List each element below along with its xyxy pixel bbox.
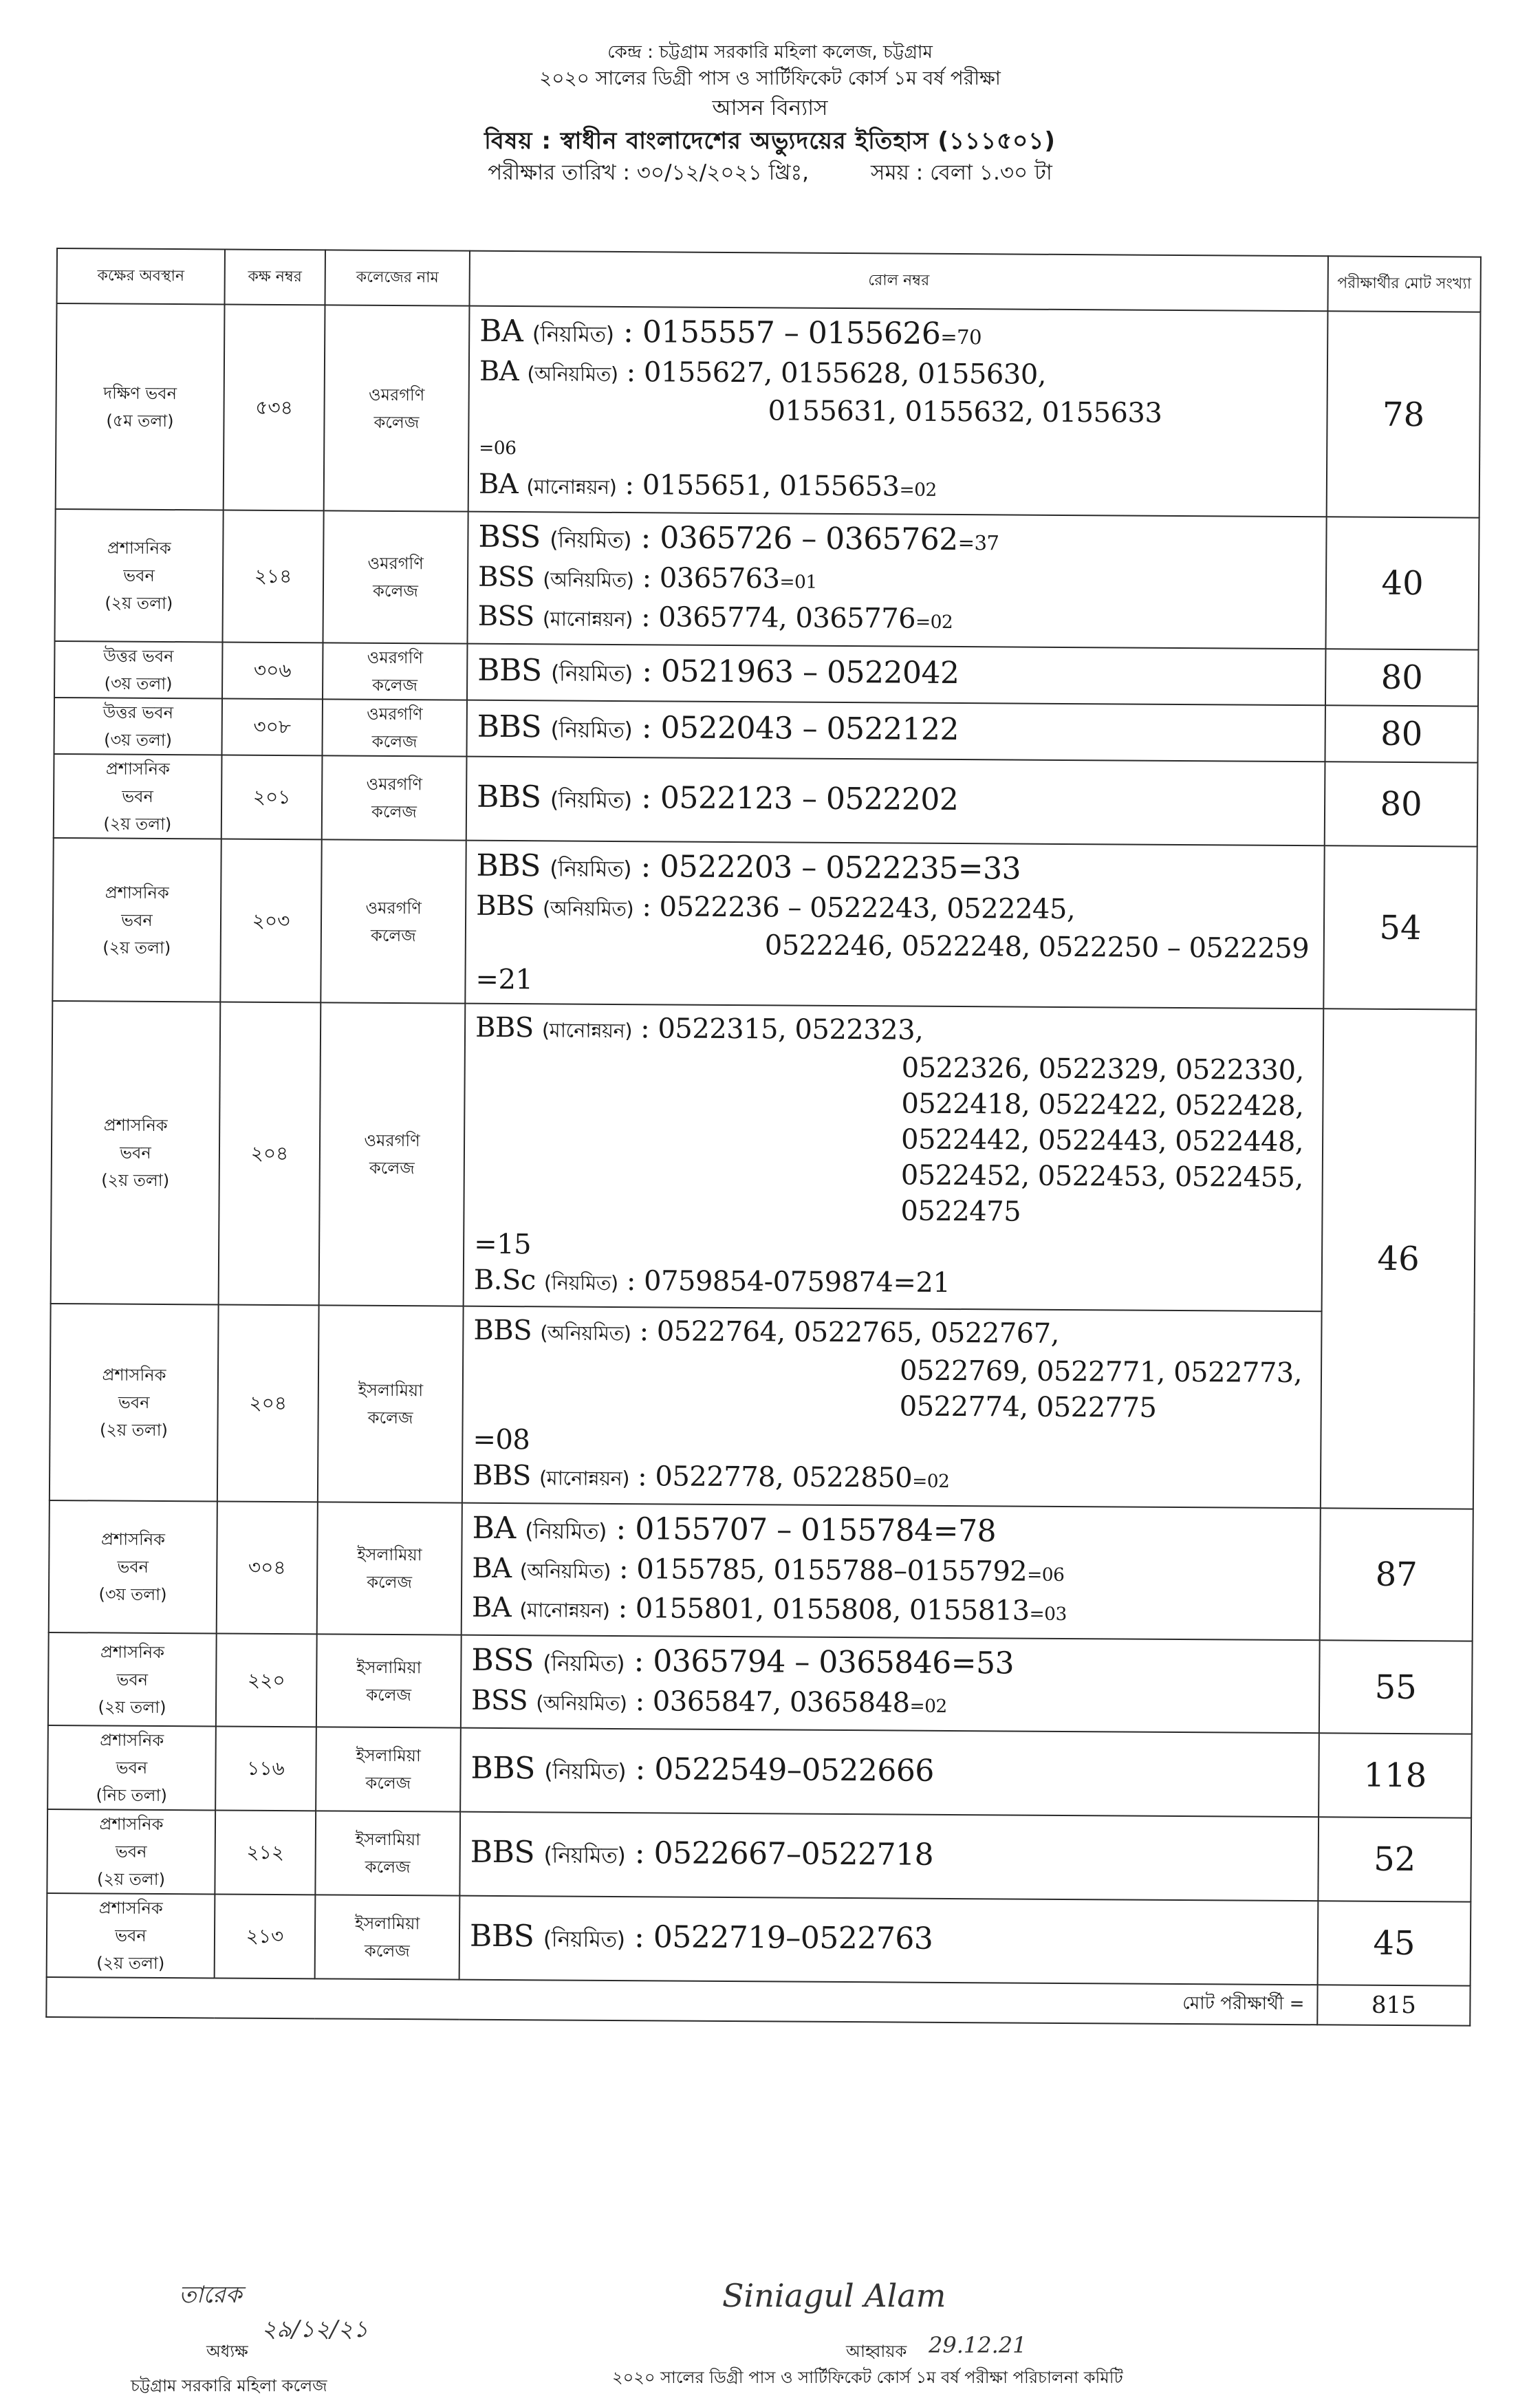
cell-line: ইসলামিয়া: [318, 1540, 461, 1568]
seat-plan-table: কক্ষের অবস্থান কক্ষ নম্বর কলেজের নাম রোল…: [45, 248, 1482, 2027]
student-category: (নিয়মিত): [532, 322, 614, 347]
student-category: (নিয়মিত): [543, 1843, 625, 1868]
roll-entry: BBS (মানোন্নয়ন) : 0522315, 0522323,0522…: [474, 1010, 1316, 1267]
room-location: উত্তর ভবন(৩য় তলা): [54, 698, 222, 755]
cell-line: প্রশাসনিক: [50, 1525, 216, 1553]
roll-numbers: BSS (নিয়মিত) : 0365726 – 0365762=37BSS …: [467, 512, 1326, 649]
cell-line: (নিচ তলা): [48, 1781, 215, 1809]
table-row: প্রশাসনিকভবন(২য় তলা)২২০ইসলামিয়াকলেজBSS…: [48, 1632, 1473, 1734]
roll-numbers: BBS (নিয়মিত) : 0521963 – 0522042: [467, 644, 1325, 706]
candidate-total: 87: [1320, 1508, 1473, 1641]
roll-range: 0155627, 0155628, 0155630,: [644, 356, 1046, 391]
program-code: BSS: [471, 1643, 534, 1679]
cell-line: কলেজ: [318, 1568, 461, 1596]
college-name: ওমরগণিকলেজ: [321, 839, 466, 1003]
roll-numbers: BBS (অনিয়মিত) : 0522764, 0522765, 05227…: [462, 1306, 1322, 1509]
college-name: ওমরগণিকলেজ: [322, 699, 466, 756]
candidate-total: 118: [1319, 1733, 1472, 1818]
convener-signature: Siniagul Alam: [722, 2277, 946, 2314]
roll-range: 0155557 – 0155626: [642, 314, 941, 352]
entry-count: =37: [958, 531, 999, 554]
student-category: (নিয়মিত): [550, 856, 631, 882]
document-title: আসন বিন্যাস: [0, 92, 1540, 124]
convener-sign-date: 29.12.21: [929, 2332, 1027, 2358]
roll-range: 0522764, 0522765, 0522767,: [657, 1315, 1059, 1350]
entry-count: =06: [1027, 1564, 1064, 1586]
room-location: প্রশাসনিকভবন(২য় তলা): [48, 1632, 217, 1726]
room-number: ২০৪: [217, 1304, 319, 1502]
roll-entry: BBS (অনিয়মিত) : 0522236 – 0522243, 0522…: [475, 888, 1316, 1002]
roll-numbers: BBS (নিয়মিত) : 0522123 – 0522202: [466, 757, 1325, 846]
candidate-total: 80: [1325, 762, 1478, 846]
cell-line: ওমরগণি: [323, 700, 466, 728]
student-category: (নিয়মিত): [550, 718, 632, 743]
entry-count: =70: [940, 325, 982, 349]
table-row: প্রশাসনিকভবন(২য় তলা)২০১ওমরগণিকলেজBBS (ন…: [54, 754, 1478, 847]
cell-line: (২য় তলা): [54, 933, 220, 961]
cell-line: কলেজ: [316, 1937, 459, 1965]
entry-count: =21: [475, 964, 532, 996]
exam-name: ২০২০ সালের ডিগ্রী পাস ও সার্টিফিকেট কোর্…: [0, 65, 1540, 92]
roll-range: 0759854-0759874: [644, 1265, 893, 1298]
roll-entry: BBS (মানোন্নয়ন) : 0522778, 0522850=02: [473, 1458, 1313, 1502]
program-code: BBS: [470, 1919, 534, 1954]
cell-line: ইসলামিয়া: [319, 1376, 462, 1404]
roll-range: 0522769, 0522771, 0522773,: [473, 1350, 1314, 1391]
cell-line: প্রশাসনিক: [54, 755, 221, 783]
student-category: (মানোন্নয়ন): [519, 1598, 609, 1622]
cell-line: (২য় তলা): [49, 1692, 215, 1721]
entry-count: =03: [1030, 1604, 1067, 1625]
grand-total-value: 815: [1317, 1985, 1470, 2025]
cell-line: কলেজ: [325, 408, 468, 436]
roll-range: 0521963 – 0522042: [661, 654, 959, 691]
program-code: BBS: [473, 1315, 532, 1347]
cell-line: ওমরগণি: [322, 894, 465, 922]
cell-line: (২য় তলা): [54, 810, 221, 838]
grand-total-label: মোট পরীক্ষার্থী =: [46, 1977, 1317, 2025]
candidate-total: 80: [1325, 705, 1477, 762]
entry-count: =02: [915, 612, 953, 633]
cell-line: দক্ষিণ ভবন: [57, 379, 224, 407]
grand-total-row: মোট পরীক্ষার্থী = 815: [46, 1977, 1470, 2026]
candidate-total: 54: [1323, 845, 1477, 1009]
entry-count: =21: [893, 1266, 950, 1299]
roll-range: 0522778, 0522850: [655, 1460, 912, 1493]
student-category: (অনিয়মিত): [540, 1321, 631, 1345]
cell-line: ভবন: [49, 1665, 215, 1693]
room-number: ২০৪: [219, 1002, 321, 1305]
roll-entry: BBS (নিয়মিত) : 0522123 – 0522202: [477, 778, 1317, 824]
student-category: (মানোন্নয়ন): [542, 1018, 632, 1042]
entry-count: =02: [912, 1471, 949, 1492]
cell-line: (৫ম তলা): [56, 407, 223, 435]
program-code: BA: [472, 1511, 515, 1546]
roll-entry: BSS (অনিয়মিত) : 0365847, 0365848=02: [471, 1683, 1312, 1727]
room-location: প্রশাসনিকভবন(২য় তলা): [55, 509, 224, 642]
student-category: (অনিয়মিত): [527, 362, 618, 386]
cell-line: (২য় তলা): [56, 589, 222, 617]
student-category: (নিয়মিত): [544, 1759, 626, 1784]
room-location: প্রশাসনিকভবন(২য় তলা): [54, 754, 222, 839]
program-code: BSS: [478, 601, 534, 633]
cell-line: ভবন: [56, 561, 222, 590]
subject: বিষয় : স্বাধীন বাংলাদেশের অভ্যুদয়ের ইত…: [0, 124, 1540, 158]
room-location: প্রশাসনিকভবন(২য় তলা): [50, 1304, 219, 1501]
cell-line: ওমরগণি: [323, 643, 466, 671]
room-number: ২১২: [215, 1810, 316, 1895]
convener-title: আহ্বায়ক: [846, 2339, 907, 2366]
candidate-total: 46: [1321, 1009, 1476, 1509]
cell-line: ভবন: [48, 1754, 215, 1782]
roll-entry: BBS (অনিয়মিত) : 0522764, 0522765, 05227…: [473, 1313, 1314, 1463]
roll-entry: B.Sc (নিয়মিত) : 0759854-0759874=21: [474, 1262, 1314, 1305]
college-name: ওমরগণিকলেজ: [322, 755, 467, 840]
roll-entry: BA (মানোন্নয়ন) : 0155651, 0155653=02: [479, 466, 1319, 510]
cell-line: প্রশাসনিক: [49, 1726, 215, 1754]
table-row: প্রশাসনিকভবন(২য় তলা)২০৩ওমরগণিকলেজBBS (ন…: [52, 838, 1477, 1010]
roll-entry: BSS (মানোন্নয়ন) : 0365774, 0365776=02: [478, 598, 1319, 643]
roll-range: 0522719–0522763: [653, 1919, 933, 1956]
table-row: প্রশাসনিকভবন(২য় তলা)২০৪ওমরগণিকলেজBBS (ম…: [51, 1001, 1477, 1313]
table-row: প্রশাসনিকভবন(২য় তলা)২১৪ওমরগণিকলেজBSS (ন…: [55, 509, 1479, 650]
student-category: (মানোন্নয়ন): [543, 607, 633, 631]
program-code: BBS: [476, 848, 541, 884]
room-location: দক্ষিণ ভবন(৫ম তলা): [56, 303, 225, 510]
cell-line: ওমরগণি: [324, 549, 467, 577]
cell-line: কলেজ: [317, 1681, 460, 1709]
principal-signature: তারেক: [179, 2277, 242, 2316]
cell-line: কলেজ: [323, 671, 466, 699]
cell-line: ওমরগণি: [325, 380, 468, 409]
cell-line: ওমরগণি: [321, 1126, 464, 1154]
program-code: BBS: [475, 1012, 534, 1044]
cell-line: ভবন: [51, 1388, 217, 1416]
cell-line: প্রশাসনিক: [54, 878, 220, 906]
table-body: দক্ষিণ ভবন(৫ম তলা)৫৩৪ওমরগণিকলেজBA (নিয়ম…: [47, 303, 1481, 1986]
room-location: প্রশাসনিকভবন(নিচ তলা): [47, 1725, 216, 1810]
cell-line: কলেজ: [321, 1154, 464, 1182]
table-row: দক্ষিণ ভবন(৫ম তলা)৫৩৪ওমরগণিকলেজBA (নিয়ম…: [56, 303, 1481, 518]
program-code: BBS: [477, 779, 541, 815]
roll-range: 0365847, 0365848: [653, 1685, 910, 1718]
roll-range: 0522442, 0522443, 0522448,: [475, 1119, 1315, 1160]
cell-line: (২য় তলা): [47, 1949, 214, 1977]
roll-range: 0522549–0522666: [654, 1751, 934, 1788]
principal-title: অধ্যক্ষ: [206, 2339, 248, 2366]
program-code: BA: [472, 1553, 512, 1584]
roll-entry: BA (অনিয়মিত) : 0155785, 0155788–0155792…: [472, 1551, 1312, 1595]
roll-range: 0155801, 0155808, 0155813: [636, 1593, 1030, 1626]
document-header: কেন্দ্র : চট্টগ্রাম সরকারি মহিলা কলেজ, চ…: [0, 40, 1540, 187]
exam-time: সময় : বেলা ১.৩০ টা: [871, 158, 1052, 187]
student-category: (মানোন্নয়ন): [539, 1466, 629, 1490]
roll-range: 0155785, 0155788–0155792: [636, 1553, 1027, 1587]
cell-line: ইসলামিয়া: [316, 1909, 459, 1937]
roll-entry: BBS (নিয়মিত) : 0521963 – 0522042: [477, 651, 1318, 698]
roll-range: 0522774, 0522775: [473, 1386, 1314, 1427]
room-number: ২১৪: [223, 510, 324, 643]
table-row: উত্তর ভবন(৩য় তলা)৩০৮ওমরগণিকলেজBBS (নিয়…: [54, 698, 1478, 763]
roll-range: 0522043 – 0522122: [660, 710, 959, 747]
roll-entry: BA (অনিয়মিত) : 0155627, 0155628, 015563…: [479, 354, 1320, 471]
entry-count: =02: [899, 479, 936, 500]
roll-entry: BA (নিয়মিত) : 0155707 – 0155784=78: [472, 1509, 1312, 1555]
program-code: B.Sc: [474, 1264, 536, 1297]
student-category: (নিয়মিত): [551, 661, 633, 687]
program-code: BSS: [478, 519, 541, 555]
cell-line: ওমরগণি: [323, 770, 466, 798]
program-code: BSS: [478, 561, 534, 594]
entry-count: =33: [958, 851, 1021, 887]
room-number: ৫৩৪: [224, 304, 325, 510]
room-number: ২০১: [221, 755, 323, 839]
cell-line: (৩য় তলা): [55, 669, 221, 698]
student-category: (নিয়মিত): [550, 528, 631, 553]
roll-range: 0522475: [474, 1191, 1314, 1231]
program-code: BBS: [470, 1835, 535, 1870]
roll-numbers: BA (নিয়মিত) : 0155707 – 0155784=78BA (অ…: [462, 1503, 1321, 1641]
table-row: প্রশাসনিকভবন(নিচ তলা)১১৬ইসলামিয়াকলেজBBS…: [47, 1725, 1472, 1818]
student-category: (নিয়মিত): [544, 1271, 618, 1295]
roll-range: 0365763: [660, 562, 780, 594]
table-row: প্রশাসনিকভবন(২য় তলা)২১৩ইসলামিয়াকলেজBBS…: [47, 1893, 1471, 1986]
college-name: ওমরগণিকলেজ: [319, 1002, 466, 1306]
cell-line: উত্তর ভবন: [55, 642, 221, 670]
room-number: ৩০৬: [222, 642, 323, 699]
cell-line: কলেজ: [316, 1853, 459, 1881]
college-name: ওমরগণিকলেজ: [323, 643, 467, 700]
roll-numbers: BSS (নিয়মিত) : 0365794 – 0365846=53BSS …: [461, 1635, 1320, 1734]
candidate-total: 40: [1325, 517, 1479, 649]
roll-range: 0522123 – 0522202: [660, 780, 959, 817]
college-name: ওমরগণিকলেজ: [323, 510, 468, 643]
student-category: (নিয়মিত): [525, 1519, 607, 1544]
cell-line: ইসলামিয়া: [316, 1825, 459, 1853]
roll-entry: BSS (অনিয়মিত) : 0365763=01: [478, 559, 1319, 603]
room-number: ৩০৮: [221, 698, 322, 755]
roll-entry: BBS (নিয়মিত) : 0522667–0522718: [470, 1833, 1311, 1879]
col-header-college: কলেজের নাম: [325, 250, 469, 305]
cell-line: ভবন: [54, 782, 221, 810]
convener-org: ২০২০ সালের ডিগ্রী পাস ও সার্টিফিকেট কোর্…: [612, 2365, 1123, 2393]
table-row: প্রশাসনিকভবন(২য় তলা)২১২ইসলামিয়াকলেজBBS…: [47, 1809, 1471, 1902]
college-name: ইসলামিয়াকলেজ: [316, 1727, 461, 1811]
entry-count: =01: [779, 571, 816, 592]
college-name: ইসলামিয়াকলেজ: [318, 1305, 464, 1502]
student-category: (অনিয়মিত): [543, 568, 633, 592]
col-header-location: কক্ষের অবস্থান: [57, 248, 225, 304]
room-location: প্রশাসনিকভবন(২য় তলা): [51, 1001, 221, 1304]
candidate-total: 55: [1319, 1640, 1473, 1734]
roll-range: 0522667–0522718: [653, 1835, 933, 1872]
roll-entry: BSS (নিয়মিত) : 0365794 – 0365846=53: [471, 1641, 1312, 1687]
student-category: (নিয়মিত): [543, 1651, 625, 1676]
college-name: ইসলামিয়াকলেজ: [315, 1811, 460, 1895]
roll-numbers: BBS (নিয়মিত) : 0522719–0522763: [459, 1896, 1319, 1985]
room-number: ২০৩: [220, 839, 321, 1002]
roll-entry: BA (মানোন্নয়ন) : 0155801, 0155808, 0155…: [472, 1590, 1312, 1634]
roll-range: 0155651, 0155653: [642, 469, 900, 502]
roll-range: 0155707 – 0155784: [635, 1511, 933, 1549]
cell-line: প্রশাসনিক: [51, 1361, 217, 1389]
roll-range: 0522315, 0522323,: [658, 1013, 923, 1046]
roll-entry: BSS (নিয়মিত) : 0365726 – 0365762=37: [478, 518, 1319, 564]
entry-count: =08: [473, 1424, 530, 1456]
cell-line: প্রশাসনিক: [48, 1810, 215, 1838]
room-location: প্রশাসনিকভবন(২য় তলা): [47, 1893, 215, 1978]
program-code: BBS: [477, 709, 542, 745]
roll-range: 0522203 – 0522235: [660, 849, 958, 886]
entry-count: =06: [479, 438, 516, 459]
roll-numbers: BBS (নিয়মিত) : 0522667–0522718: [459, 1812, 1319, 1901]
roll-range: 0522246, 0522248, 0522250 – 0522259: [476, 926, 1316, 967]
room-number: ৩০৪: [217, 1501, 318, 1634]
cell-line: প্রশাসনিক: [49, 1637, 215, 1665]
cell-line: ইসলামিয়া: [316, 1741, 459, 1769]
cell-line: ভবন: [50, 1553, 216, 1581]
roll-range: 0522418, 0522422, 0522428,: [475, 1083, 1315, 1124]
student-category: (নিয়মিত): [543, 1927, 625, 1952]
roll-entry: BBS (নিয়মিত) : 0522043 – 0522122: [477, 708, 1318, 754]
cell-line: ইসলামিয়া: [317, 1653, 460, 1681]
roll-numbers: BBS (মানোন্নয়ন) : 0522315, 0522323,0522…: [464, 1004, 1324, 1312]
student-category: (অনিয়মিত): [520, 1559, 611, 1583]
principal-org: চট্টগ্রাম সরকারি মহিলা কলেজ: [131, 2373, 327, 2401]
room-location: উত্তর ভবন(৩য় তলা): [54, 641, 222, 698]
room-number: ২২০: [216, 1633, 317, 1727]
roll-range: 0155631, 0155632, 0155633: [479, 391, 1319, 432]
student-category: (মানোন্নয়ন): [526, 475, 616, 499]
table-row: উত্তর ভবন(৩য় তলা)৩০৬ওমরগণিকলেজBBS (নিয়…: [54, 641, 1478, 707]
table-row: প্রশাসনিকভবন(৩য় তলা)৩০৪ইসলামিয়াকলেজBA …: [49, 1500, 1473, 1641]
cell-line: কলেজ: [318, 1403, 462, 1432]
table-header-row: কক্ষের অবস্থান কক্ষ নম্বর কলেজের নাম রোল…: [57, 248, 1481, 312]
candidate-total: 45: [1318, 1901, 1471, 1985]
col-header-roll: রোল নম্বর: [469, 251, 1327, 312]
cell-line: কলেজ: [316, 1769, 459, 1797]
cell-line: ভবন: [52, 1139, 219, 1167]
program-code: BBS: [477, 653, 542, 689]
entry-count: =15: [474, 1229, 531, 1261]
student-category: (নিয়মিত): [550, 788, 632, 813]
entry-count: =53: [951, 1646, 1015, 1681]
cell-line: (২য় তলা): [50, 1416, 217, 1444]
student-category: (অনিয়মিত): [543, 896, 633, 920]
cell-line: কলেজ: [322, 921, 465, 949]
col-header-room: কক্ষ নম্বর: [225, 249, 325, 305]
program-code: BA: [472, 1592, 512, 1624]
roll-numbers: BBS (নিয়মিত) : 0522549–0522666: [460, 1728, 1319, 1818]
cell-line: কলেজ: [323, 797, 466, 826]
cell-line: (৩য় তলা): [50, 1580, 216, 1608]
entry-count: =78: [933, 1513, 997, 1549]
cell-line: প্রশাসনিক: [47, 1894, 214, 1922]
cell-line: ভবন: [48, 1837, 215, 1866]
cell-line: (৩য় তলা): [55, 726, 221, 754]
cell-line: ভবন: [54, 905, 220, 934]
cell-line: উত্তর ভবন: [55, 698, 221, 726]
roll-numbers: BBS (নিয়মিত) : 0522043 – 0522122: [466, 700, 1325, 762]
cell-line: কলেজ: [323, 727, 466, 755]
roll-entry: BBS (নিয়মিত) : 0522719–0522763: [470, 1917, 1310, 1963]
cell-line: প্রশাসনিক: [52, 1111, 219, 1139]
candidate-total: 78: [1327, 311, 1481, 517]
table-row: প্রশাসনিকভবন(২য় তলা)২০৪ইসলামিয়াকলেজBBS…: [50, 1304, 1475, 1509]
roll-entry: BBS (নিয়মিত) : 0522549–0522666: [470, 1749, 1311, 1795]
student-category: (অনিয়মিত): [536, 1691, 627, 1715]
roll-numbers: BA (নিয়মিত) : 0155557 – 0155626=70BA (অ…: [468, 306, 1328, 517]
roll-range: 0522326, 0522329, 0522330,: [475, 1048, 1316, 1088]
room-location: প্রশাসনিকভবন(২য় তলা): [47, 1809, 215, 1894]
principal-sign-date: ২৯/১২/২১: [261, 2311, 368, 2351]
program-code: BBS: [470, 1751, 535, 1787]
roll-entry: BBS (নিয়মিত) : 0522203 – 0522235=33: [476, 847, 1316, 893]
program-code: BSS: [471, 1685, 528, 1717]
room-location: প্রশাসনিকভবন(২য় তলা): [52, 838, 221, 1002]
cell-line: প্রশাসনিক: [56, 534, 222, 562]
roll-numbers: BBS (নিয়মিত) : 0522203 – 0522235=33BBS …: [465, 841, 1324, 1009]
exam-date-time: পরীক্ষার তারিখ : ৩০/১২/২০২১ খ্রিঃ,সময় :…: [0, 158, 1540, 187]
cell-line: কলেজ: [324, 576, 467, 605]
col-header-total: পরীক্ষার্থীর মোট সংখ্যা: [1327, 256, 1480, 312]
room-location: প্রশাসনিকভবন(৩য় তলা): [49, 1500, 217, 1633]
program-code: BA: [479, 314, 523, 349]
exam-center: কেন্দ্র : চট্টগ্রাম সরকারি মহিলা কলেজ, চ…: [0, 40, 1540, 65]
college-name: ইসলামিয়াকলেজ: [315, 1895, 460, 1979]
cell-line: (২য় তলা): [47, 1865, 214, 1893]
college-name: ওমরগণিকলেজ: [324, 305, 470, 511]
program-code: BBS: [473, 1460, 531, 1492]
candidate-total: 52: [1318, 1817, 1471, 1901]
entry-count: =02: [909, 1696, 946, 1717]
program-code: BA: [479, 356, 519, 387]
exam-date: পরীক্ষার তারিখ : ৩০/১২/২০২১ খ্রিঃ,: [488, 158, 809, 187]
roll-range: 0522236 – 0522243, 0522245,: [659, 891, 1075, 925]
program-code: BA: [479, 468, 519, 500]
room-number: ২১৩: [215, 1894, 316, 1978]
room-number: ১১৬: [215, 1726, 316, 1811]
roll-range: 0522452, 0522453, 0522455,: [475, 1155, 1315, 1196]
cell-line: ভবন: [47, 1921, 214, 1950]
roll-range: 0365726 – 0365762: [660, 520, 958, 557]
cell-line: (২য় তলা): [52, 1166, 219, 1194]
roll-entry: BA (নিয়মিত) : 0155557 – 0155626=70: [479, 312, 1320, 358]
roll-range: 0365774, 0365776: [658, 601, 915, 634]
program-code: BBS: [476, 890, 534, 923]
candidate-total: 80: [1325, 649, 1478, 706]
college-name: ইসলামিয়াকলেজ: [317, 1502, 462, 1635]
college-name: ইসলামিয়াকলেজ: [316, 1634, 462, 1727]
roll-range: 0365794 – 0365846: [653, 1643, 951, 1681]
